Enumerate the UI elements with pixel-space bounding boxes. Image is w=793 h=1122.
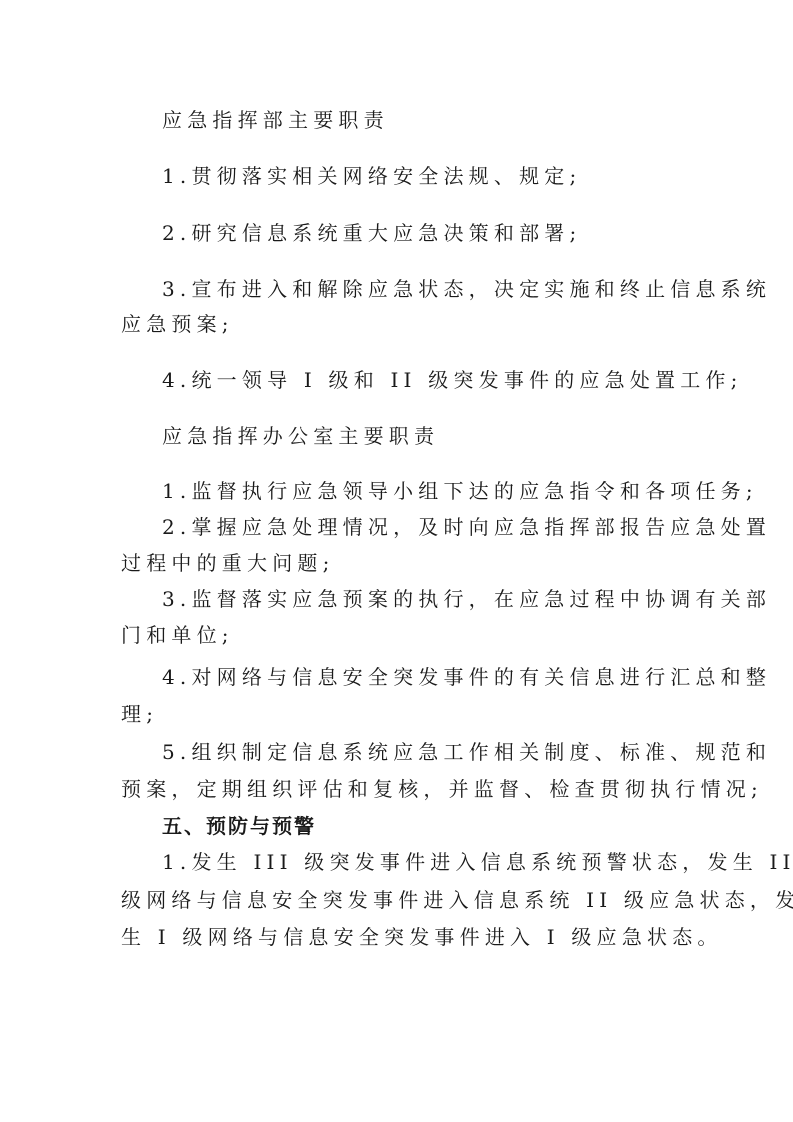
paragraph-line: 1.贯彻落实相关网络安全法规、规定; [162, 164, 722, 188]
section-heading-prevention: 五、预防与预警 [162, 814, 722, 838]
section-heading-command-center: 应急指挥部主要职责 [162, 108, 722, 132]
paragraph-line: 预案，定期组织评估和复核，并监督、检查贯彻执行情况; [121, 777, 681, 801]
paragraph-line: 3.宣布进入和解除应急状态，决定实施和终止信息系统 [162, 277, 722, 301]
section-heading-command-office: 应急指挥办公室主要职责 [162, 424, 722, 448]
paragraph-line: 2.掌握应急处理情况，及时向应急指挥部报告应急处置 [162, 515, 722, 539]
paragraph-line: 5.组织制定信息系统应急工作相关制度、标准、规范和 [162, 740, 722, 764]
paragraph-line: 过程中的重大问题; [121, 551, 681, 575]
paragraph-line: 3.监督落实应急预案的执行，在应急过程中协调有关部 [162, 587, 722, 611]
paragraph-line: 1.监督执行应急领导小组下达的应急指令和各项任务; [162, 479, 722, 503]
paragraph-line: 应急预案; [121, 312, 681, 336]
paragraph-line: 门和单位; [121, 623, 681, 647]
paragraph-line: 2.研究信息系统重大应急决策和部署; [162, 221, 722, 245]
paragraph-line: 4.统一领导 I 级和 II 级突发事件的应急处置工作; [162, 368, 722, 392]
paragraph-line: 1.发生 III 级突发事件进入信息系统预警状态，发生 II [162, 850, 722, 874]
paragraph-line: 级网络与信息安全突发事件进入信息系统 II 级应急状态，发 [121, 888, 681, 912]
paragraph-line: 4.对网络与信息安全突发事件的有关信息进行汇总和整 [162, 665, 722, 689]
paragraph-line: 理; [121, 702, 681, 726]
paragraph-line: 生 I 级网络与信息安全突发事件进入 I 级应急状态。 [121, 925, 681, 949]
